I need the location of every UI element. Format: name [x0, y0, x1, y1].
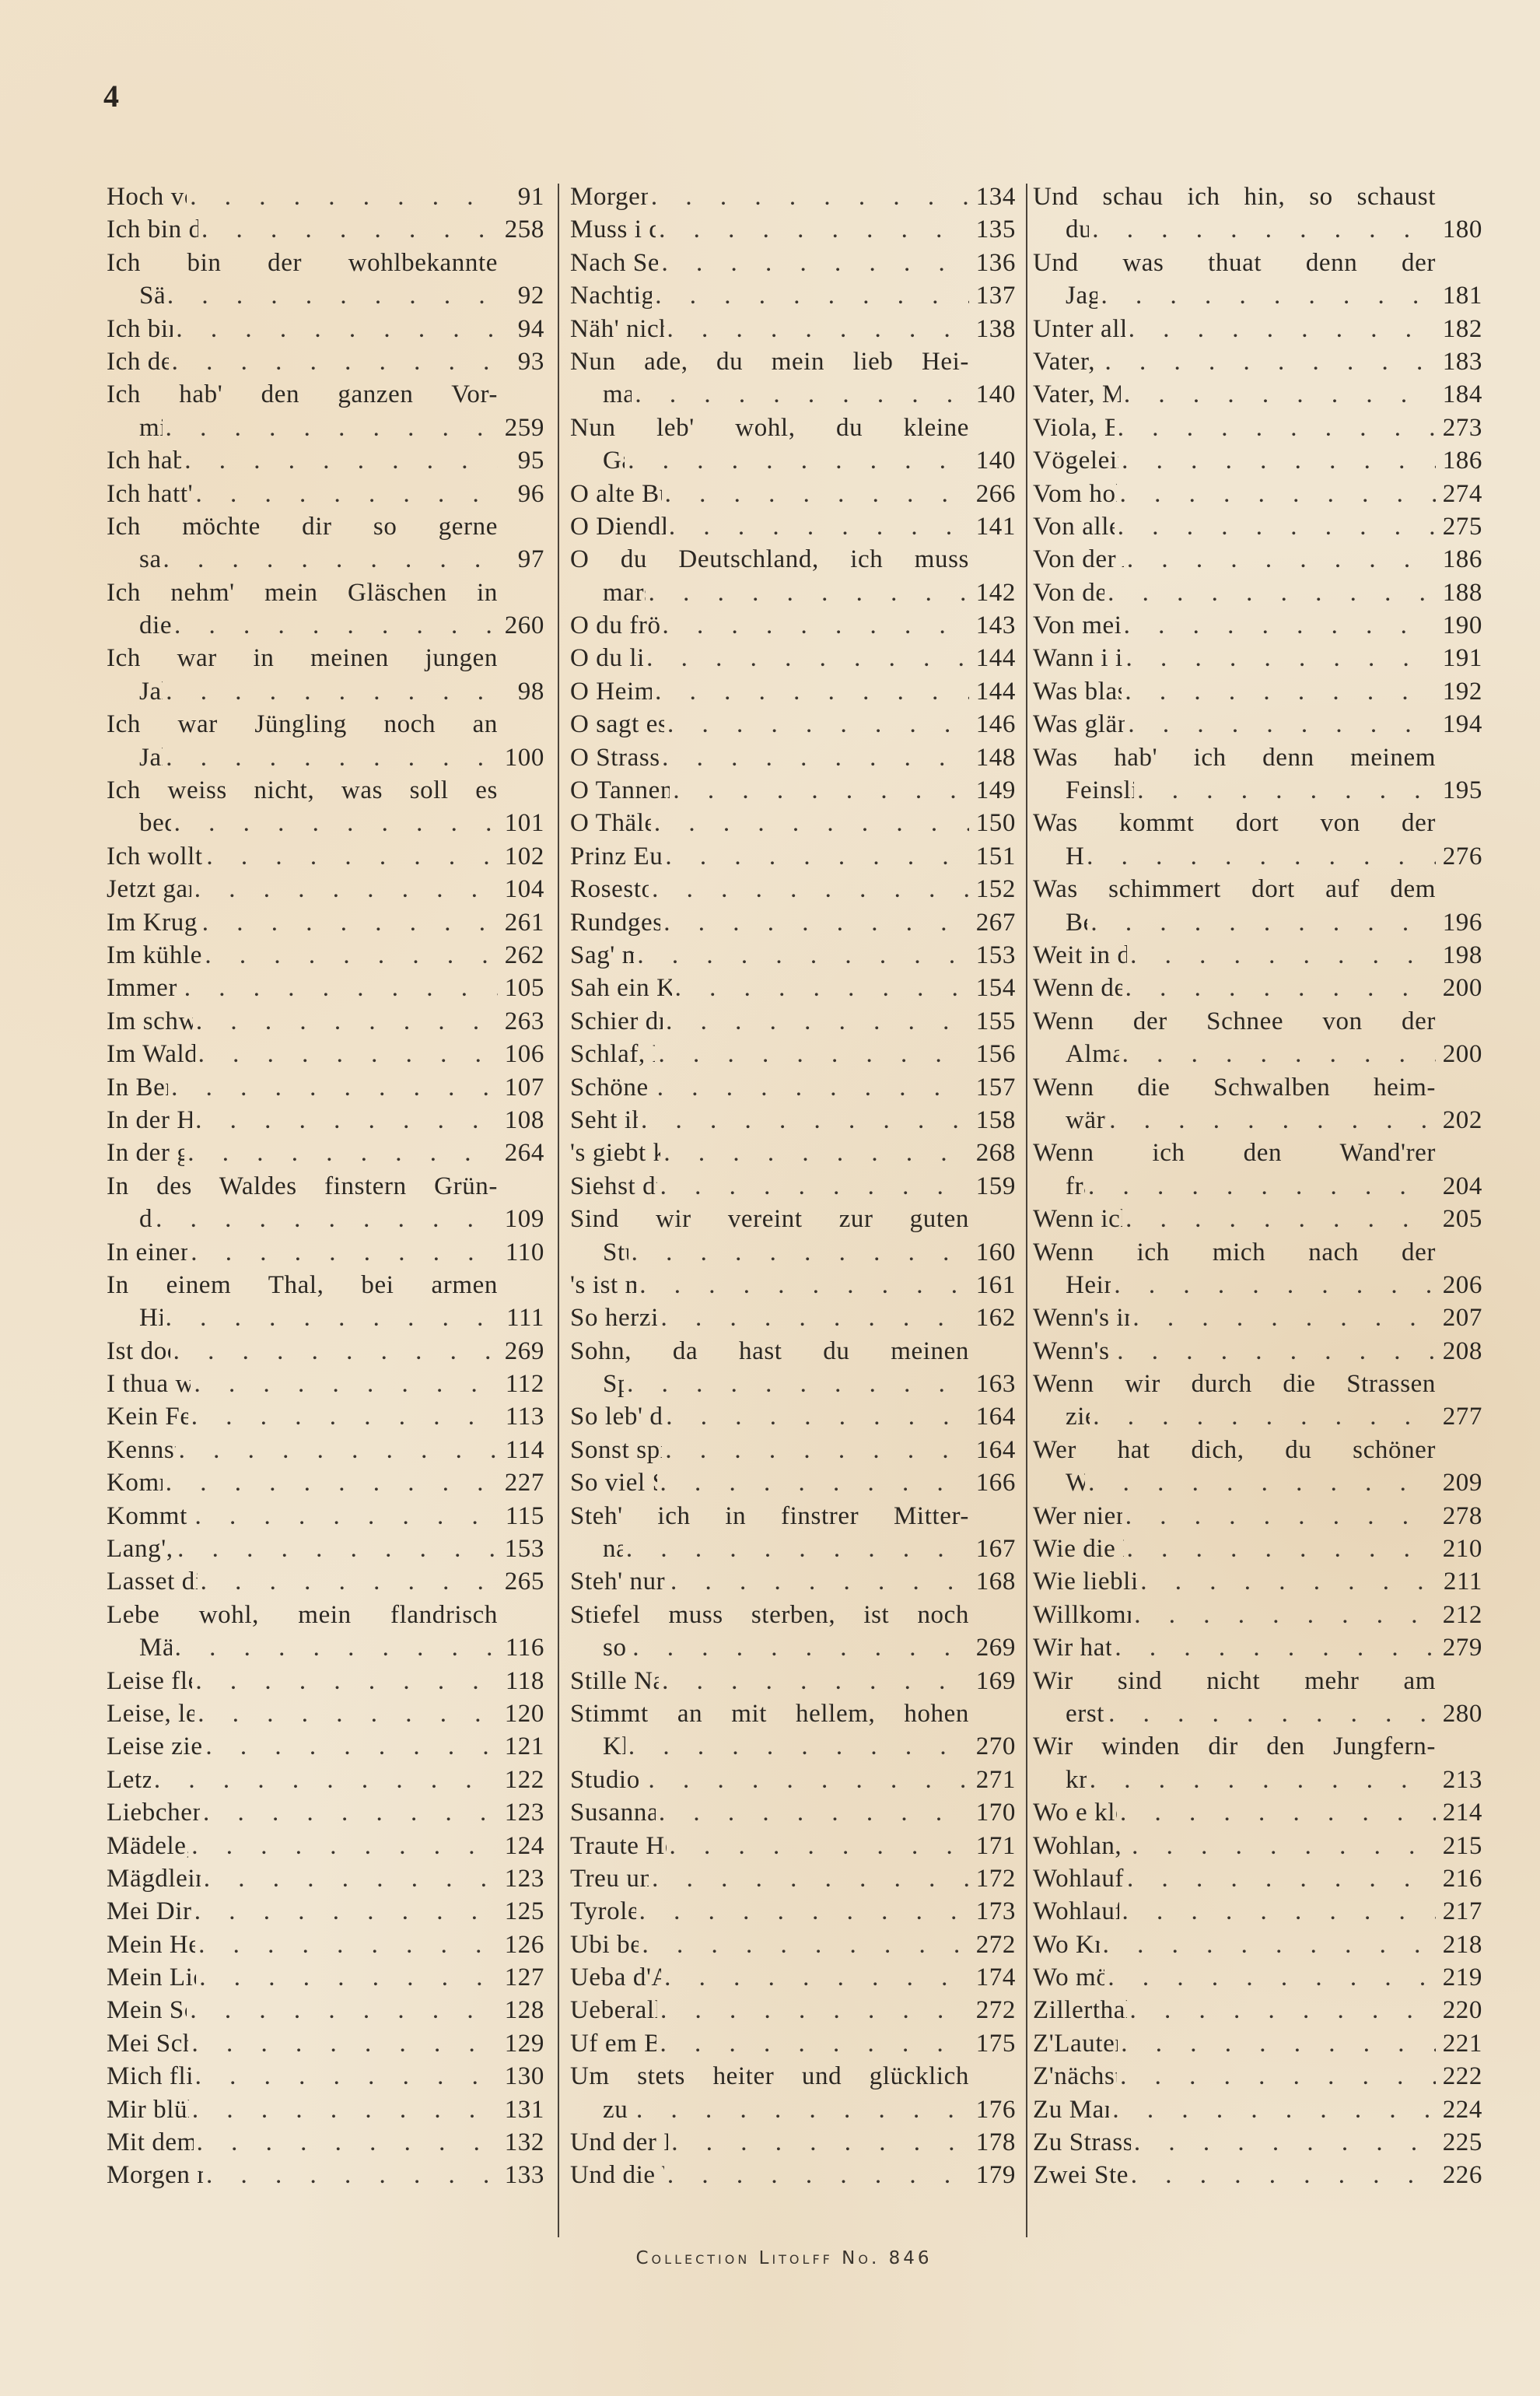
- dot-leader: [669, 510, 969, 543]
- dot-leader: [1117, 1335, 1436, 1368]
- index-entry: Z'Lauterbach hab' i mein221: [1033, 2027, 1482, 2060]
- entry-title: Lebe wohl, mein flandrisch: [107, 1599, 544, 1631]
- entry-title: Leise, leise, fromme Weise: [107, 1697, 194, 1730]
- entry-title: Tyroler sind lustig: [570, 1895, 636, 1928]
- dot-leader: [649, 1764, 969, 1796]
- entry-title: O du fröhliche, o du selige: [570, 609, 660, 642]
- entry-page-number: 150: [972, 807, 1016, 839]
- entry-title: Z'Lauterbach hab' i mein: [1033, 2027, 1118, 2060]
- index-entry: Von allen den Mädchen275: [1033, 510, 1482, 543]
- entry-page-number: 213: [1439, 1764, 1482, 1796]
- entry-page-number: 127: [501, 1961, 544, 1994]
- entry-title: Nun leb' wohl, du kleine: [570, 412, 1016, 444]
- index-entry: Was schimmert dort auf demBerge196: [1033, 873, 1482, 939]
- index-entry: Lang', lang ist's her153: [107, 1533, 544, 1565]
- entry-title: Was glänzt dort vom Walde: [1033, 708, 1125, 741]
- entry-title: Wenn die Schwalben heim-: [1033, 1071, 1482, 1104]
- entry-page-number: 204: [1439, 1170, 1482, 1203]
- dot-leader: [673, 774, 969, 807]
- entry-title: O du lieber Augustin: [570, 642, 643, 674]
- dot-leader: [635, 378, 969, 411]
- dot-leader: [1120, 478, 1436, 510]
- entry-title: O Thäler weit, o Höhen: [570, 807, 651, 839]
- entry-title: Wenn der Frühling kommt: [1033, 972, 1122, 1004]
- dot-leader: [632, 1631, 969, 1664]
- entry-page-number: 179: [972, 2159, 1016, 2191]
- dot-leader: [179, 1434, 498, 1466]
- dot-leader: [660, 1301, 969, 1334]
- entry-title: Und was thuat denn der: [1033, 247, 1482, 279]
- entry-page-number: 176: [972, 2093, 1016, 2126]
- dot-leader: [175, 1631, 498, 1664]
- entry-title: In der grossen Seestadt: [107, 1137, 184, 1169]
- index-entry: Wir winden dir den Jungfern-kranz213: [1033, 1730, 1482, 1796]
- index-entry: I thua wohl, als wann mir112: [107, 1368, 544, 1400]
- index-entry: Sag' mir das Wort153: [570, 939, 1016, 972]
- entry-page-number: 142: [972, 576, 1016, 609]
- entry-title: Z'nächst bin i halt gange: [1033, 2060, 1117, 2093]
- dot-leader: [1109, 1104, 1436, 1137]
- entry-title: Steh' ich in finstrer Mitter-: [570, 1500, 1016, 1533]
- entry-title: Gasse: [603, 444, 625, 477]
- index-entry: Steh' nur auf, du Schweizerbu168: [570, 1565, 1016, 1598]
- entry-title: Morgen muss ich fort von hier: [107, 2159, 203, 2191]
- entry-page-number: 272: [972, 1928, 1016, 1961]
- entry-page-number: 97: [501, 543, 544, 576]
- dot-leader: [628, 1730, 969, 1763]
- entry-title: Ich bin der wohlbekannte: [107, 247, 544, 279]
- entry-title: bedeuten: [139, 807, 171, 839]
- entry-page-number: 163: [972, 1368, 1016, 1400]
- entry-title: Ubi bene, ibi patria: [570, 1928, 639, 1961]
- entry-title: Von der Kapler Alm: [1033, 576, 1104, 609]
- index-entry: Wir sind nicht mehr amersten Glas280: [1033, 1665, 1482, 1731]
- entry-page-number: 149: [972, 774, 1016, 807]
- dot-leader: [1115, 1631, 1436, 1664]
- entry-page-number: 156: [972, 1038, 1016, 1070]
- entry-page-number: 198: [1439, 939, 1482, 972]
- index-entry: Ich bin ein Preusse94: [107, 313, 544, 345]
- index-entry: So leb' denn wohl, du stilles164: [570, 1400, 1016, 1433]
- entry-title: Mei Dirndel is harb uf mi: [107, 1895, 191, 1928]
- entry-page-number: 120: [501, 1697, 544, 1730]
- entry-page-number: 184: [1439, 378, 1482, 411]
- entry-title: Zwei Sternderln am Himmel: [1033, 2159, 1128, 2191]
- index-entry: Was kommt dort von derHöh'276: [1033, 807, 1482, 873]
- dot-leader: [663, 906, 969, 939]
- index-entry: Viola, Bass und Geigen273: [1033, 412, 1482, 444]
- index-entry: O Tannenbaum, o Tannenbaum149: [570, 774, 1016, 807]
- entry-title: Vater, ich rufe dich: [1033, 345, 1101, 378]
- entry-title: Studio auf einer Reis': [570, 1764, 646, 1796]
- entry-page-number: 207: [1439, 1301, 1482, 1334]
- dot-leader: [1122, 1038, 1436, 1070]
- entry-page-number: 138: [972, 313, 1016, 345]
- entry-page-number: 93: [501, 345, 544, 378]
- entry-page-number: 140: [972, 444, 1016, 477]
- index-entry: Wo möcht' ich sein?219: [1033, 1961, 1482, 1994]
- dot-leader: [667, 708, 969, 741]
- index-entry: Traute Heimat meiner Lieben171: [570, 1830, 1016, 1862]
- index-entry: Schlaf, Herzenssöhnchen156: [570, 1038, 1016, 1070]
- entry-page-number: 277: [1439, 1400, 1482, 1433]
- index-entry: Mei Schatzerl ist hübsch129: [107, 2027, 544, 2060]
- dot-leader: [660, 1466, 969, 1499]
- dot-leader: [1121, 2027, 1436, 2060]
- dot-leader: [1125, 1500, 1436, 1533]
- dot-leader: [191, 1400, 498, 1433]
- dot-leader: [190, 1994, 498, 2026]
- entry-page-number: 206: [1439, 1269, 1482, 1301]
- dot-leader: [202, 906, 498, 939]
- entry-page-number: 260: [501, 609, 544, 642]
- entry-page-number: 263: [501, 1005, 544, 1038]
- index-entry: Zu Strassburg auf der Schanz'225: [1033, 2126, 1482, 2159]
- entry-page-number: 123: [501, 1862, 544, 1895]
- entry-title: Mein Lieb ist eine Alpnerin: [107, 1961, 196, 1994]
- entry-title: Was schimmert dort auf dem: [1033, 873, 1482, 906]
- entry-page-number: 162: [972, 1301, 1016, 1334]
- entry-title: Wo e klein's Hüttle steht: [1033, 1796, 1117, 1829]
- entry-page-number: 159: [972, 1170, 1016, 1203]
- index-entry: Nach Sevilla, nach Sevilla136: [570, 247, 1016, 279]
- dot-leader: [177, 1533, 498, 1565]
- entry-title: Vom hoh'n Olymp herab: [1033, 478, 1117, 510]
- dot-leader: [659, 1796, 969, 1829]
- entry-title: Immer langsam voran: [107, 972, 181, 1004]
- entry-page-number: 91: [501, 180, 544, 213]
- entry-title: Nach Sevilla, nach Sevilla: [570, 247, 658, 279]
- entry-page-number: 128: [501, 1994, 544, 2026]
- index-entry: Und der Hans schleicht umher178: [570, 2126, 1016, 2159]
- dot-leader: [166, 1466, 498, 1499]
- index-entry: Wohlan, die Zeit ist kommen215: [1033, 1830, 1482, 1862]
- index-entry: Mei Dirndel is harb uf mi125: [107, 1895, 544, 1928]
- dot-leader: [174, 609, 498, 642]
- dot-leader: [195, 1104, 498, 1137]
- entry-title: Morgenrot, Morgenrot: [570, 180, 648, 213]
- entry-title: Ist doch die Liabe: [107, 1335, 170, 1368]
- entry-title: Und schau ich hin, so schaust: [1033, 180, 1482, 213]
- dot-leader: [176, 313, 498, 345]
- entry-page-number: 220: [1439, 1994, 1482, 2026]
- entry-page-number: 278: [1439, 1500, 1482, 1533]
- dot-leader: [1104, 345, 1436, 378]
- index-entry: Rundgesang und Rebensaft267: [570, 906, 1016, 939]
- entry-page-number: 210: [1439, 1533, 1482, 1565]
- index-entry: Mich fliehen alle Freuden130: [107, 2060, 544, 2093]
- entry-title: mittag: [139, 412, 163, 444]
- entry-page-number: 186: [1439, 444, 1482, 477]
- entry-title: Was hab' ich denn meinem: [1033, 741, 1482, 774]
- index-entry: Ueba d'Alma, über's Halma174: [570, 1961, 1016, 1994]
- entry-title: Von der Alpe ragt ein Haus: [1033, 543, 1124, 576]
- dot-leader: [1127, 1862, 1436, 1895]
- entry-page-number: 105: [501, 972, 544, 1004]
- index-entry: Lasset die feurigen Bomben265: [107, 1565, 544, 1598]
- dot-leader: [187, 1137, 498, 1169]
- index-entry: O du fröhliche, o du selige143: [570, 609, 1016, 642]
- dot-leader: [1128, 708, 1436, 741]
- index-entry: Hoch vom Dachstein an91: [107, 180, 544, 213]
- index-entry: Wir hatten gebauet ein279: [1033, 1631, 1482, 1664]
- index-entry: Vater, Mutter, Schwestern184: [1033, 378, 1482, 411]
- entry-title: Lang', lang ist's her: [107, 1533, 174, 1565]
- dot-leader: [1088, 1170, 1436, 1203]
- dot-leader: [203, 1796, 498, 1829]
- entry-page-number: 118: [501, 1665, 544, 1697]
- entry-title: Schöne Minka! ich muss: [570, 1071, 654, 1104]
- dot-leader: [1090, 906, 1436, 939]
- dot-leader: [1122, 1895, 1436, 1928]
- entry-title: Wenn's Mailüfterl weht: [1033, 1335, 1114, 1368]
- dot-leader: [646, 642, 969, 674]
- entry-page-number: 112: [501, 1368, 544, 1400]
- entry-title: O sagt es ihm, wie namenlos: [570, 708, 664, 741]
- entry-page-number: 166: [972, 1466, 1016, 1499]
- dot-leader: [665, 1434, 969, 1466]
- entry-page-number: 181: [1439, 279, 1482, 312]
- entry-title: Wir sind nicht mehr am: [1033, 1665, 1482, 1697]
- dot-leader: [1112, 2093, 1436, 2126]
- entry-page-number: 266: [972, 478, 1016, 510]
- entry-title: Wohlauf, noch getrunken: [1033, 1895, 1119, 1928]
- entry-title: Ich möchte dir so gerne: [107, 510, 544, 543]
- dot-leader: [171, 1071, 498, 1104]
- entry-page-number: 106: [501, 1038, 544, 1070]
- entry-title: Näh' nicht, liebes Mütterlein: [570, 313, 664, 345]
- entry-page-number: 151: [972, 840, 1016, 873]
- index-entry: Wenn wir durch die Strassenziehen277: [1033, 1368, 1482, 1434]
- dot-leader: [1125, 972, 1436, 1004]
- dot-leader: [167, 279, 498, 312]
- dot-leader: [671, 2126, 969, 2159]
- entry-title: Im kühlen Keller sitz' ich hier: [107, 939, 201, 972]
- dot-leader: [195, 2060, 498, 2093]
- entry-page-number: 195: [1439, 774, 1482, 807]
- entry-title: Steh' nur auf, du Schweizerbu: [570, 1565, 667, 1598]
- entry-title: So herzig wie mein Liesel: [570, 1301, 657, 1334]
- index-entry: Ich bin der wohlbekannteSänger92: [107, 247, 544, 313]
- index-entry: Wenn die Schwalben heim-wärts ziehn202: [1033, 1071, 1482, 1137]
- entry-title: Wer niemals einen Rausch: [1033, 1500, 1122, 1533]
- entry-title: Kommerslieder: [107, 1466, 163, 1499]
- index-entry: In des Waldes finstern Grün-den109: [107, 1170, 544, 1236]
- index-entry: Ich denk' an euch93: [107, 345, 544, 378]
- entry-title: wärts ziehn: [1066, 1104, 1106, 1137]
- dot-leader: [662, 1665, 969, 1697]
- index-entry: Morgenrot, Morgenrot134: [570, 180, 1016, 213]
- entry-title: So leb' denn wohl, du stilles: [570, 1400, 663, 1433]
- dot-leader: [1101, 279, 1436, 312]
- index-entry: Wenn ich ein Vöglein wär'205: [1033, 1203, 1482, 1235]
- dot-leader: [194, 1895, 498, 1928]
- entry-title: Rundgesang und Rebensaft: [570, 906, 660, 939]
- entry-title: Ich bin ein Preusse: [107, 313, 173, 345]
- index-entry: Unter allen Wipfeln ist Ruh182: [1033, 313, 1482, 345]
- index-entry: Im kühlen Keller sitz' ich hier262: [107, 939, 544, 972]
- entry-title: Nun ade, du mein lieb Hei-: [570, 345, 1016, 378]
- entry-page-number: 182: [1439, 313, 1482, 345]
- entry-title: Ich hatt' einen Kameraden: [107, 478, 193, 510]
- column-divider: [1026, 184, 1027, 2237]
- entry-page-number: 96: [501, 478, 544, 510]
- index-entry: In einem Thal, bei armenHirten111: [107, 1269, 544, 1335]
- index-entry: Treu und herzinniglich172: [570, 1862, 1016, 1895]
- entry-title: Mit dem Pfeil, dem Bogen: [107, 2126, 194, 2159]
- entry-title: Wenn der Schnee von der: [1033, 1005, 1482, 1038]
- entry-title: matland: [603, 378, 632, 411]
- entry-title: Heimat sehn': [1066, 1269, 1111, 1301]
- entry-title: zu leben: [603, 2093, 633, 2126]
- entry-page-number: 132: [501, 2126, 544, 2159]
- entry-title: 's giebt kein schöner Leben: [570, 1137, 660, 1169]
- index-entry: Wo e klein's Hüttle steht214: [1033, 1796, 1482, 1829]
- entry-title: Wir winden dir den Jungfern-: [1033, 1730, 1482, 1763]
- entry-title: so jung: [603, 1631, 629, 1664]
- entry-title: O Tannenbaum, o Tannenbaum: [570, 774, 670, 807]
- entry-page-number: 188: [1439, 576, 1482, 609]
- dot-leader: [1088, 1466, 1436, 1499]
- dot-leader: [1090, 1764, 1436, 1796]
- index-entry: Was blasen die Trompeten192: [1033, 675, 1482, 708]
- entry-page-number: 94: [501, 313, 544, 345]
- index-entry: Uf em Bergli bin i g'sässe175: [570, 2027, 1016, 2060]
- entry-page-number: 218: [1439, 1928, 1482, 1961]
- dot-leader: [652, 873, 969, 906]
- entry-title: O Diendle, tief drunt im Thal: [570, 510, 666, 543]
- dot-leader: [205, 1730, 498, 1763]
- index-entry: So viel Stern' am Himmel166: [570, 1466, 1016, 1499]
- entry-page-number: 141: [972, 510, 1016, 543]
- entry-page-number: 194: [1439, 708, 1482, 741]
- entry-page-number: 110: [501, 1236, 544, 1269]
- index-entry: Kommerslieder227: [107, 1466, 544, 1499]
- entry-title: In Berlin, sagt' er: [107, 1071, 168, 1104]
- entry-page-number: 205: [1439, 1203, 1482, 1235]
- dot-leader: [154, 1764, 498, 1796]
- dot-leader: [655, 675, 969, 708]
- entry-title: Ich denk' an euch: [107, 345, 169, 378]
- index-entry: Zillerthal, du bist mei Freud220: [1033, 1994, 1482, 2026]
- entry-title: Im Krug zum grünen Kranze: [107, 906, 199, 939]
- entry-title: Höh': [1066, 840, 1083, 873]
- index-entry: O Heimat, teure Heimat144: [570, 675, 1016, 708]
- entry-page-number: 172: [972, 1862, 1016, 1895]
- dot-leader: [166, 1301, 498, 1334]
- entry-page-number: 137: [972, 279, 1016, 312]
- dot-leader: [1118, 510, 1436, 543]
- index-entry: Mägdlein am Spinnrad wacht123: [107, 1862, 544, 1895]
- entry-page-number: 121: [501, 1730, 544, 1763]
- dot-leader: [194, 1500, 498, 1533]
- index-entry: Willkommen, o seliger Abend212: [1033, 1599, 1482, 1631]
- index-entry: Kommt a Vogerl geflogen115: [107, 1500, 544, 1533]
- entry-page-number: 169: [972, 1665, 1016, 1697]
- entry-title: Wir hatten gebauet ein: [1033, 1631, 1111, 1664]
- entry-title: Mädele, ruck, ruck, ruck: [107, 1830, 188, 1862]
- index-entry: Vögelein im Tannenwald186: [1033, 444, 1482, 477]
- entry-page-number: 155: [972, 1005, 1016, 1038]
- dot-leader: [1122, 444, 1436, 477]
- index-entry: Nun leb' wohl, du kleineGasse140: [570, 412, 1016, 478]
- entry-title: ersten Glas: [1066, 1697, 1105, 1730]
- dot-leader: [191, 1830, 498, 1862]
- entry-page-number: 161: [972, 1269, 1016, 1301]
- entry-page-number: 202: [1439, 1104, 1482, 1137]
- dot-leader: [1130, 939, 1436, 972]
- index-entry: In Berlin, sagt' er107: [107, 1071, 544, 1104]
- entry-title: Stunde: [603, 1236, 628, 1269]
- entry-title: Sind wir vereint zur guten: [570, 1203, 1016, 1235]
- entry-page-number: 164: [972, 1400, 1016, 1433]
- index-entry: Kein Feuer, keine Kohle113: [107, 1400, 544, 1433]
- dot-leader: [191, 1236, 498, 1269]
- entry-title: Wie lieblich schallt durch Busch: [1033, 1565, 1137, 1598]
- index-entry: Wer niemals einen Rausch278: [1033, 1500, 1482, 1533]
- entry-title: Und die Würzburger Glöckli: [570, 2159, 664, 2191]
- index-entry: Leise, leise, fromme Weise120: [107, 1697, 544, 1730]
- dot-leader: [198, 1038, 498, 1070]
- entry-page-number: 272: [972, 1994, 1016, 2026]
- entry-title: Schier dreissig Jahre bist du: [570, 1005, 663, 1038]
- index-entry: Z'nächst bin i halt gange222: [1033, 2060, 1482, 2093]
- entry-page-number: 271: [972, 1764, 1016, 1796]
- index-entry: Was glänzt dort vom Walde194: [1033, 708, 1482, 741]
- entry-title: Alma wegageht: [1066, 1038, 1119, 1070]
- entry-title: Jetzt gang i an's Brünnele: [107, 873, 191, 906]
- index-entry: Mädele, ruck, ruck, ruck124: [107, 1830, 544, 1862]
- entry-page-number: 173: [972, 1895, 1016, 1928]
- entry-title: Zillerthal, du bist mei Freud: [1033, 1994, 1127, 2026]
- entry-title: In der Heimat ist es schön: [107, 1104, 192, 1137]
- entry-page-number: 114: [501, 1434, 544, 1466]
- dot-leader: [204, 1862, 498, 1895]
- entry-page-number: 219: [1439, 1961, 1482, 1994]
- entry-title: Susanna, o Susanna mein: [570, 1796, 656, 1829]
- entry-page-number: 196: [1439, 906, 1482, 939]
- entry-title: Wenn ich mich nach der: [1033, 1236, 1482, 1269]
- entry-page-number: 124: [501, 1830, 544, 1862]
- dot-leader: [658, 1038, 969, 1070]
- dot-leader: [675, 972, 969, 1004]
- entry-page-number: 160: [972, 1236, 1016, 1269]
- index-column-3: Und schau ich hin, so schaustdu her180Un…: [1033, 180, 1482, 2192]
- entry-title: Was kommt dort von der: [1033, 807, 1482, 839]
- index-entry: Morgen muss ich fort von hier133: [107, 2159, 544, 2191]
- entry-title: Mein Schatz ist a Reiter: [107, 1994, 187, 2026]
- entry-page-number: 175: [972, 2027, 1016, 2060]
- entry-page-number: 190: [1439, 609, 1482, 642]
- entry-page-number: 122: [501, 1764, 544, 1796]
- dot-leader: [1108, 1697, 1436, 1730]
- entry-page-number: 152: [972, 873, 1016, 906]
- entry-page-number: 265: [501, 1565, 544, 1598]
- entry-title: Kein Feuer, keine Kohle: [107, 1400, 188, 1433]
- entry-page-number: 214: [1439, 1796, 1482, 1829]
- entry-title: Speer: [603, 1368, 624, 1400]
- dot-leader: [1140, 1565, 1436, 1598]
- entry-title: Von meinen Bergli muss i: [1033, 609, 1121, 642]
- entry-title: Um stets heiter und glücklich: [570, 2060, 1016, 2093]
- index-entry: Ich weiss nicht, was soll esbedeuten101: [107, 774, 544, 840]
- entry-title: Mei Schatzerl ist hübsch: [107, 2027, 188, 2060]
- entry-title: In einem kühlen Grunde: [107, 1236, 187, 1269]
- entry-title: O alte Burschenherrlichkeit: [570, 478, 662, 510]
- index-entry: Sah ein Knab' ein Röslein stehn154: [570, 972, 1016, 1004]
- entry-title: Und der Hans schleicht umher: [570, 2126, 668, 2159]
- entry-page-number: 226: [1439, 2159, 1482, 2191]
